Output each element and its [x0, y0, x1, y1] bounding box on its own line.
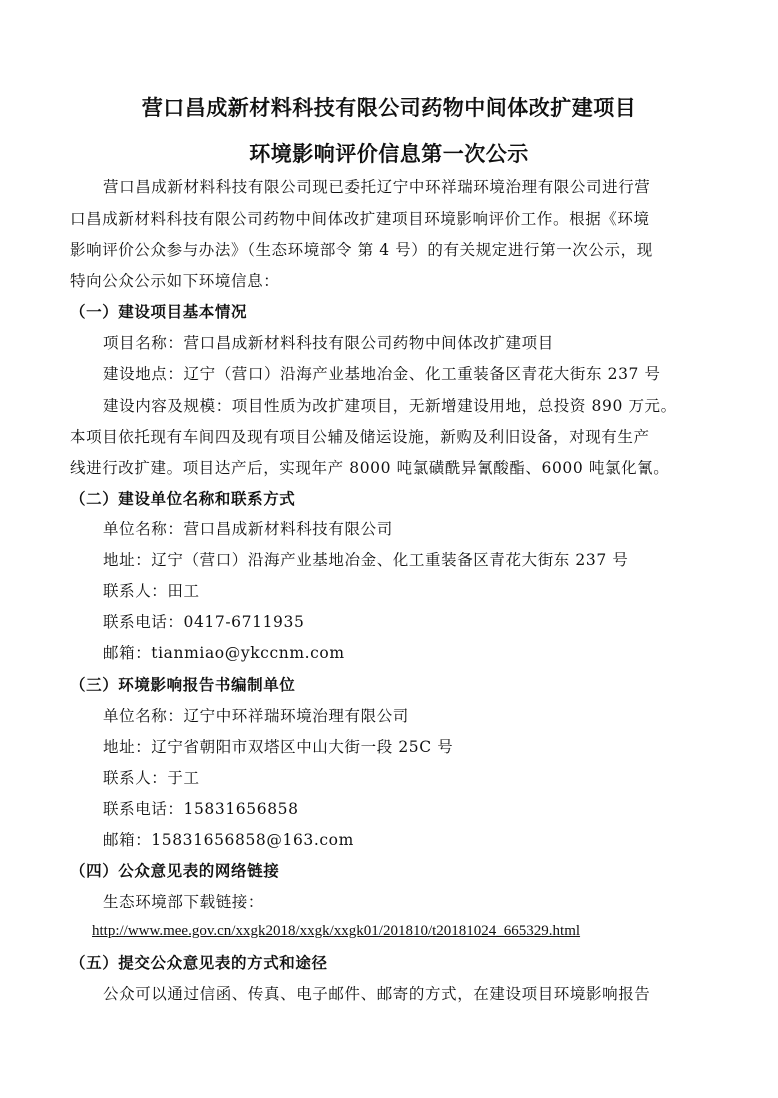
- builder-email: 邮箱：tianmiao@ykccnm.com: [103, 641, 345, 663]
- builder-contact: 联系人：田工: [103, 579, 200, 601]
- download-link-line: http://www.mee.gov.cn/xxgk2018/xxgk/xxgk…: [92, 921, 580, 940]
- document-title-line2: 环境影响评价信息第一次公示: [0, 138, 778, 168]
- section-heading: （四）公众意见表的网络链接: [70, 859, 279, 881]
- intro-paragraph-line: 特向公众公示如下环境信息：: [70, 269, 279, 291]
- document-page: 营口昌成新材料科技有限公司药物中间体改扩建项目 环境影响评价信息第一次公示 营口…: [0, 0, 778, 1098]
- intro-paragraph-line: 影响评价公众参与办法》（生态环境部令 第 4 号）的有关规定进行第一次公示，现: [70, 238, 653, 260]
- project-scale: 建设内容及规模：项目性质为改扩建项目，无新增建设用地，总投资 890 万元。: [103, 394, 677, 416]
- submission-text: 公众可以通过信函、传真、电子邮件、邮寄的方式，在建设项目环境影响报告: [103, 982, 650, 1004]
- consultant-address: 地址：辽宁省朝阳市双塔区中山大街一段 25C 号: [103, 735, 453, 757]
- builder-name: 单位名称：营口昌成新材料科技有限公司: [103, 517, 393, 539]
- document-title-line1: 营口昌成新材料科技有限公司药物中间体改扩建项目: [0, 92, 778, 122]
- download-link-label: 生态环境部下载链接：: [103, 890, 264, 912]
- project-location: 建设地点：辽宁（营口）沿海产业基地冶金、化工重装备区青花大街东 237 号: [103, 362, 661, 384]
- section-heading: （二）建设单位名称和联系方式: [70, 487, 295, 509]
- builder-address: 地址：辽宁（营口）沿海产业基地冶金、化工重装备区青花大街东 237 号: [103, 548, 628, 570]
- consultant-phone: 联系电话：15831656858: [103, 797, 299, 819]
- consultant-email: 邮箱：15831656858@163.com: [103, 828, 354, 850]
- section-heading: （三）环境影响报告书编制单位: [70, 673, 295, 695]
- download-link[interactable]: http://www.mee.gov.cn/xxgk2018/xxgk/xxgk…: [92, 923, 580, 939]
- project-scale-cont: 本项目依托现有车间四及现有项目公辅及储运设施，新购及利旧设备，对现有生产: [70, 425, 650, 447]
- consultant-contact: 联系人：于工: [103, 766, 200, 788]
- intro-paragraph-line: 营口昌成新材料科技有限公司现已委托辽宁中环祥瑞环境治理有限公司进行营: [103, 175, 650, 197]
- intro-paragraph-line: 口昌成新材料科技有限公司药物中间体改扩建项目环境影响评价工作。根据《环境: [70, 207, 650, 229]
- builder-phone: 联系电话：0417-6711935: [103, 610, 304, 632]
- project-scale-cont: 线进行改扩建。项目达产后，实现年产 8000 吨氯磺酰异氰酸酯、6000 吨氯化…: [70, 456, 669, 478]
- project-name: 项目名称：营口昌成新材料科技有限公司药物中间体改扩建项目: [103, 331, 554, 353]
- section-heading: （一）建设项目基本情况: [70, 300, 247, 322]
- section-heading: （五）提交公众意见表的方式和途径: [70, 951, 328, 973]
- consultant-name: 单位名称：辽宁中环祥瑞环境治理有限公司: [103, 704, 409, 726]
